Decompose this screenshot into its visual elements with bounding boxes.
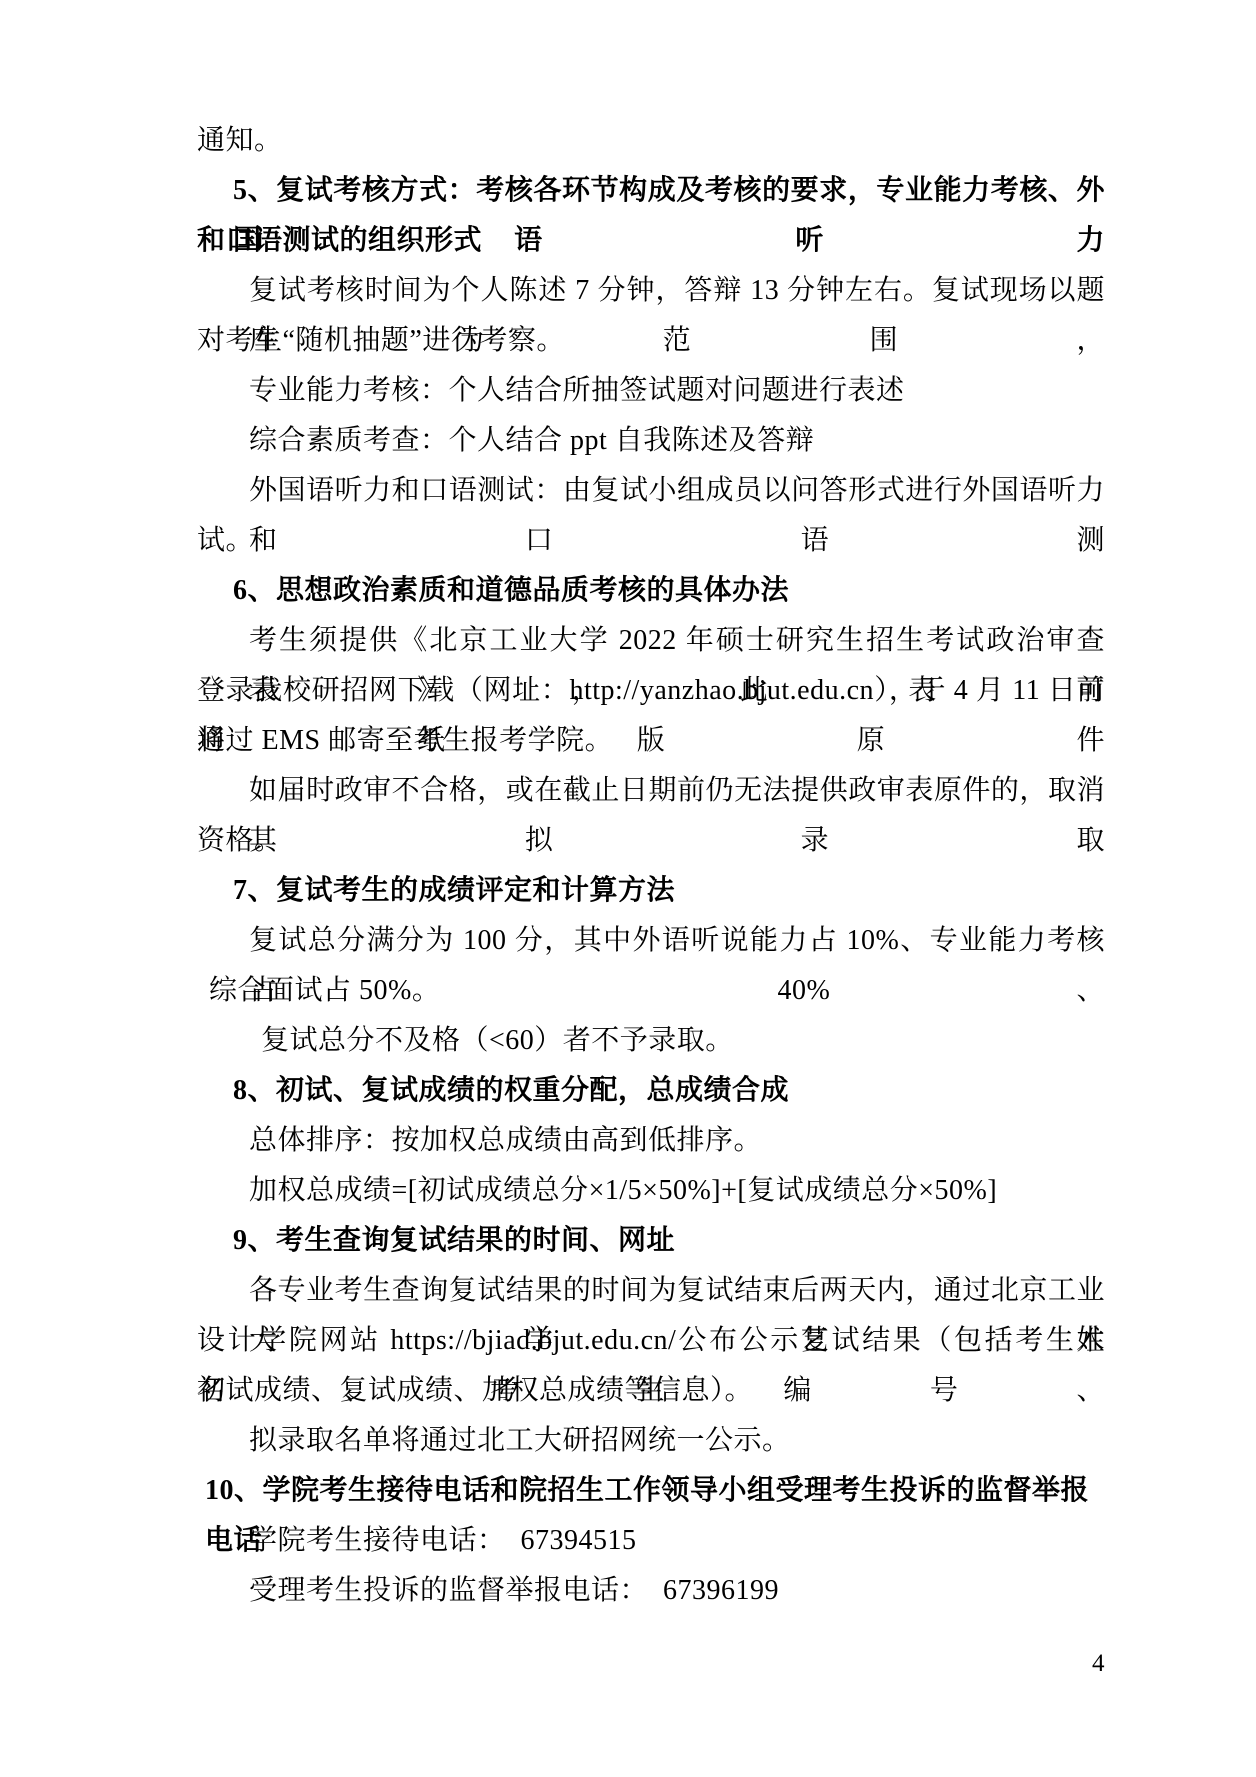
doc-text-line: 登录我校研招网下载（网址：http://yanzhao.bjut.edu.cn）… [197,666,1105,716]
section-heading-line: 6、思想政治素质和道德品质考核的具体办法 [233,566,1105,616]
doc-text-line: 各专业考生查询复试结果的时间为复试结束后两天内，通过北京工业大学艺术 [249,1266,1105,1316]
doc-text-line: 如届时政审不合格，或在截止日期前仍无法提供政审表原件的，取消其拟录取 [249,766,1105,816]
document-page: 通知。5、复试考核方式：考核各环节构成及考核的要求，专业能力考核、外国语听力和口… [0,0,1256,1777]
page-number: 4 [1092,1648,1105,1680]
doc-text-line: 考生须提供《北京工业大学 2022 年硕士研究生招生考试政治审查表》，此表可 [249,616,1105,666]
doc-text-line: 综合素质考查：个人结合 ppt 自我陈述及答辩 [249,416,1105,466]
doc-text-line: 拟录取名单将通过北工大研招网统一公示。 [249,1416,1105,1466]
doc-text-line: 外国语听力和口语测试：由复试小组成员以问答形式进行外国语听力和口语测 [249,466,1105,516]
doc-text-line: 学院考生接待电话： 67394515 [249,1516,1105,1566]
doc-text-line: 复试总分不及格（<60）者不予录取。 [261,1016,1105,1066]
section-heading-line: 9、考生查询复试结果的时间、网址 [233,1216,1105,1266]
document-text-block: 通知。5、复试考核方式：考核各环节构成及考核的要求，专业能力考核、外国语听力和口… [197,116,1105,1616]
doc-text-line: 总体排序：按加权总成绩由高到低排序。 [249,1116,1105,1166]
section-heading-line: 10、学院考生接待电话和院招生工作领导小组受理考生投诉的监督举报电话 [205,1466,1105,1516]
doc-text-line: 专业能力考核：个人结合所抽签试题对问题进行表述 [249,366,1105,416]
doc-text-line: 通知。 [197,116,1105,166]
doc-text-line: 设计学院网站 https://bjiad.bjut.edu.cn/公布公示复试结… [197,1316,1105,1366]
doc-text-line: 受理考生投诉的监督举报电话： 67396199 [249,1566,1105,1616]
doc-text-line: 复试考核时间为个人陈述 7 分钟，答辩 13 分钟左右。复试现场以题库为范围， [249,266,1105,316]
doc-text-line: 复试总分满分为 100 分，其中外语听说能力占 10%、专业能力考核占 40%、 [249,916,1105,966]
doc-text-line: 加权总成绩=[初试成绩总分×1/5×50%]+[复试成绩总分×50%] [249,1166,1105,1216]
section-heading-line: 5、复试考核方式：考核各环节构成及考核的要求，专业能力考核、外国语听力 [233,166,1105,216]
section-heading-line: 7、复试考生的成绩评定和计算方法 [233,866,1105,916]
section-heading-line: 8、初试、复试成绩的权重分配，总成绩合成 [233,1066,1105,1116]
